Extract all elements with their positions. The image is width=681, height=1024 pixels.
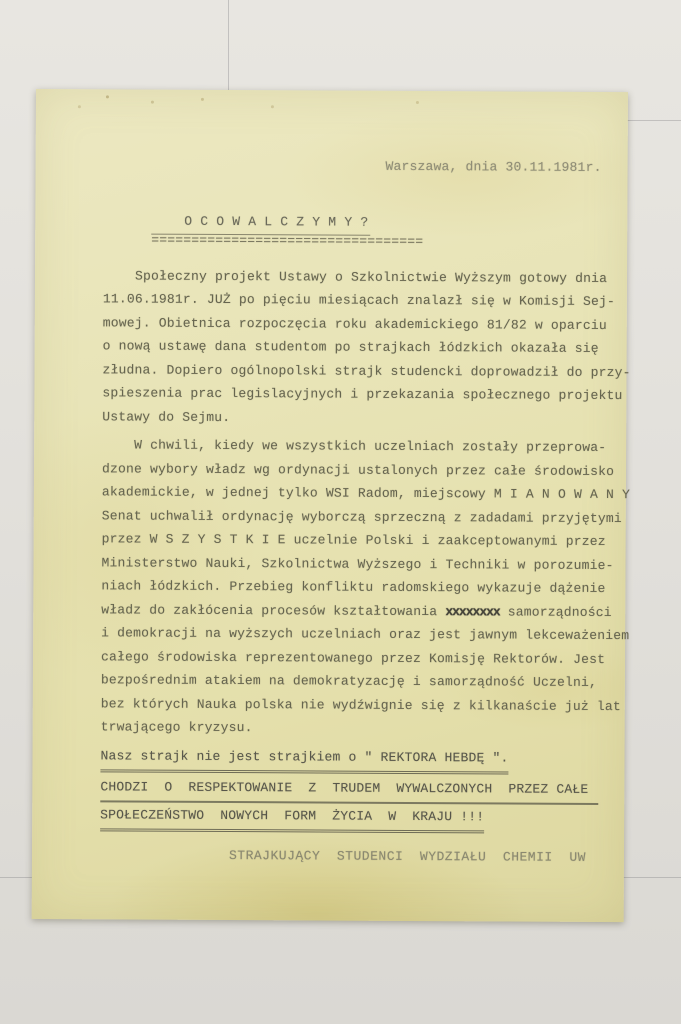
paragraph-line: Senat uchwalił ordynację wyborczą sprzec… (102, 504, 600, 530)
emphasized-demands: Nasz strajk nie jest strajkiem o " REKTO… (100, 743, 598, 834)
paragraph-line: o nową ustawę dana studentom po strajkac… (103, 334, 601, 360)
dateline: Warszawa, dnia 30.11.1981r. (104, 153, 602, 179)
paragraph-line: akademickie, w jednej tylko WSI Radom, m… (102, 480, 600, 506)
paragraph-line: złudna. Dopiero ogólnopolski strajk stud… (102, 358, 600, 384)
overstruck-word: xxxxxxxx (445, 604, 499, 619)
signature-striking-students: STRAJKUJĄCY STUDENCI WYDZIAŁU CHEMII UW (229, 844, 598, 869)
paragraph-line-with-strikeout: władz do zakłócenia procesów kształtowan… (101, 598, 599, 624)
paragraph-line: bezpośrednim atakiem na demokratyzację i… (101, 668, 599, 694)
paragraph-line: W chwili, kiedy we wszystkich uczelniach… (102, 433, 600, 459)
emphasis-row: Nasz strajk nie jest strajkiem o " REKTO… (100, 743, 598, 775)
paragraph-line: Ministerstwo Nauki, Szkolnictwa Wyższego… (101, 551, 599, 577)
document-content: Warszawa, dnia 30.11.1981r. O C O W A L … (100, 89, 602, 869)
paragraph-line: niach łódzkich. Przebieg konfliktu radom… (101, 574, 599, 600)
document-page: Warszawa, dnia 30.11.1981r. O C O W A L … (32, 89, 628, 922)
background-seam-vertical (228, 0, 229, 92)
paragraph-line: bez których Nauka polska nie wydźwignie … (101, 692, 599, 718)
paragraph-line: całego środowiska reprezentowanego przez… (101, 645, 599, 671)
paragraph-line: mowej. Obietnica rozpoczęcia roku akadem… (103, 311, 601, 337)
paragraph-line: przez W S Z Y S T K I E uczelnie Polski … (102, 527, 600, 553)
photo-of-document: { "colors":{ "background":"#e3e1dc", "pa… (0, 0, 681, 1024)
paragraph-line: 11.06.1981r. JUŻ po pięciu miesiącach zn… (103, 287, 601, 313)
paragraph-1: Społeczny projekt Ustawy o Szkolnictwie … (102, 264, 601, 431)
emphasized-line-new-forms-of-life: SPOŁECZEŃSTWO NOWYCH FORM ŻYCIA W KRAJU … (100, 802, 484, 833)
paragraph-line: trwającego kryzysu. (101, 715, 599, 741)
text-after-strikeout: samorządności (500, 604, 612, 620)
emphasized-line-strike-not-about-rector: Nasz strajk nie jest strajkiem o " REKTO… (100, 743, 508, 774)
title-double-rule: ================================== (151, 230, 601, 252)
paragraph-line: dzone wybory władz wg ordynacji ustalony… (102, 457, 600, 483)
paragraph-line: i demokracji na wyższych uczelniach oraz… (101, 621, 599, 647)
emphasized-line-demand-respect: CHODZI O RESPEKTOWANIE Z TRUDEM WYWALCZO… (100, 774, 598, 805)
paragraph-2: W chwili, kiedy we wszystkich uczelniach… (101, 433, 601, 741)
text-before-strikeout: władz do zakłócenia procesów kształtowan… (101, 602, 445, 619)
paragraph-line: spieszenia prac legislacyjnych i przekaz… (102, 381, 600, 407)
emphasis-row: SPOŁECZEŃSTWO NOWYCH FORM ŻYCIA W KRAJU … (100, 802, 598, 834)
paragraph-line: Społeczny projekt Ustawy o Szkolnictwie … (103, 264, 601, 290)
title-block: O C O W A L C Z Y M Y ? ================… (151, 211, 601, 252)
paragraph-line: Ustawy do Sejmu. (102, 405, 600, 431)
